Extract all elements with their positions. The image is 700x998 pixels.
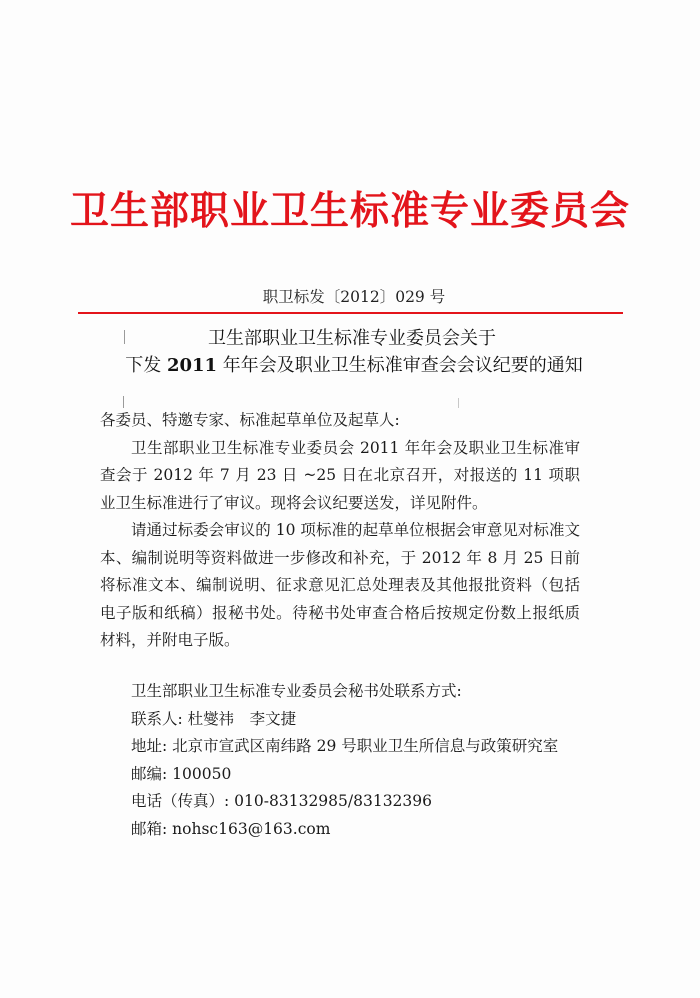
body-paragraph-1: 卫生部职业卫生标准专业委员会 2011 年年会及职业卫生标准审查会于 2012 … xyxy=(100,435,580,518)
red-divider-line xyxy=(78,312,623,314)
salutation: 各委员、特邀专家、标准起草单位及起草人: xyxy=(100,407,580,435)
letterhead-title: 卫生部职业卫生标准专业委员会 xyxy=(0,186,700,236)
phone-row: 电话（传真）: 010-83132985/83132396 xyxy=(131,788,591,816)
postcode-row: 邮编: 100050 xyxy=(131,761,591,789)
contact-persons-row: 联系人: 杜燮祎 李文捷 xyxy=(131,706,591,734)
address-row: 地址: 北京市宣武区南纬路 29 号职业卫生所信息与政策研究室 xyxy=(131,733,591,761)
contact-block: 卫生部职业卫生标准专业委员会秘书处联系方式: 联系人: 杜燮祎 李文捷 地址: … xyxy=(131,678,591,843)
postcode-label: 邮编: xyxy=(131,765,167,783)
notice-title: 卫生部职业卫生标准专业委员会关于 下发 2011 年年会及职业卫生标准审查会会议… xyxy=(0,325,700,379)
email-row: 邮箱: nohsc163@163.com xyxy=(131,816,591,844)
contact-heading: 卫生部职业卫生标准专业委员会秘书处联系方式: xyxy=(131,678,591,706)
body-paragraph-2: 请通过标委会审议的 10 项标准的起草单位根据会审意见对标准文本、编制说明等资料… xyxy=(100,517,580,655)
notice-body: 各委员、特邀专家、标准起草单位及起草人: 卫生部职业卫生标准专业委员会 2011… xyxy=(100,407,580,655)
notice-title-year: 2011 xyxy=(167,355,217,376)
notice-title-line2: 下发 2011 年年会及职业卫生标准审查会会议纪要的通知 xyxy=(0,352,700,379)
document-number: 职卫标发〔2012〕029 号 xyxy=(0,287,700,307)
email-value: nohsc163@163.com xyxy=(172,820,330,838)
phone-label: 电话（传真）: xyxy=(131,792,229,810)
contact-persons-value: 杜燮祎 李文捷 xyxy=(188,710,297,728)
notice-title-line1: 卫生部职业卫生标准专业委员会关于 xyxy=(0,325,700,352)
address-value: 北京市宣武区南纬路 29 号职业卫生所信息与政策研究室 xyxy=(172,737,558,755)
phone-value: 010-83132985/83132396 xyxy=(234,792,432,810)
notice-title-suffix: 年年会及职业卫生标准审查会会议纪要的通知 xyxy=(217,355,583,376)
document-page: 卫生部职业卫生标准专业委员会 职卫标发〔2012〕029 号 卫生部职业卫生标准… xyxy=(0,0,700,998)
postcode-value: 100050 xyxy=(172,765,231,783)
notice-title-prefix: 下发 xyxy=(125,355,167,376)
email-label: 邮箱: xyxy=(131,820,167,838)
contact-persons-label: 联系人: xyxy=(131,710,183,728)
address-label: 地址: xyxy=(131,737,167,755)
